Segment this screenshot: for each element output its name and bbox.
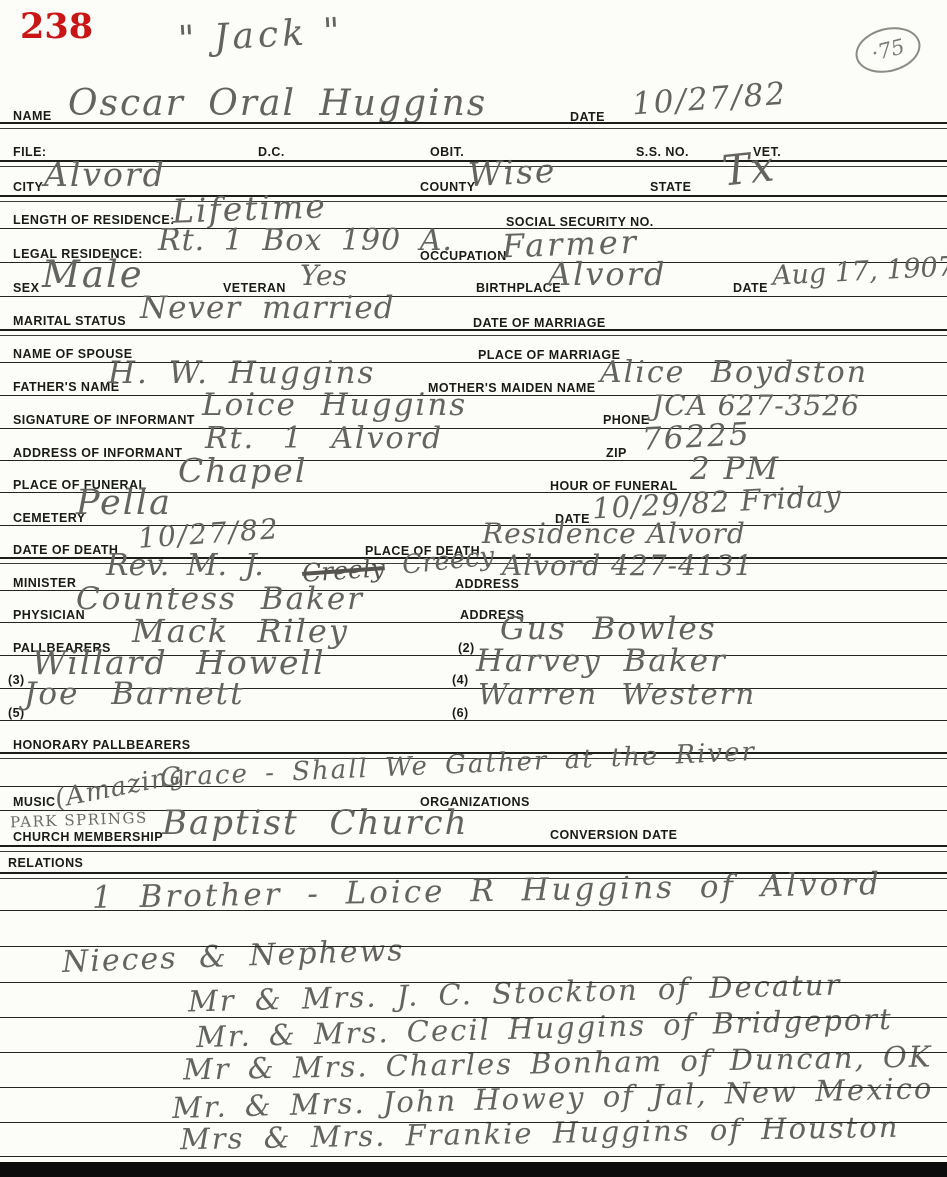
marital-status-value: Never married: [140, 293, 395, 324]
pallbearer5-value: Joe Barnett: [24, 679, 245, 710]
rule: [0, 910, 947, 911]
name-label: NAME: [13, 109, 52, 123]
pallbearer3-label: (3): [8, 673, 25, 687]
county-label: COUNTY: [420, 180, 475, 194]
rule: [0, 195, 947, 202]
minister-value-correction: Creecy: [401, 543, 496, 579]
relations-label: RELATIONS: [8, 856, 83, 870]
minister-label: MINISTER: [13, 576, 76, 590]
rule: [0, 428, 947, 429]
county-value: Wise: [467, 154, 557, 192]
rule: [0, 122, 947, 129]
date-of-death-label: DATE OF DEATH: [13, 543, 118, 557]
file-label: FILE:: [13, 145, 47, 159]
dc-label: D.C.: [258, 145, 285, 159]
rule: [0, 1017, 947, 1018]
music-value-line1: Grace - Shall We Gather at the River: [160, 739, 757, 791]
hour-of-funeral-value: 2 PM: [690, 454, 780, 485]
obit-label: OBIT.: [430, 145, 464, 159]
funeral-record-page: 238 " Jack " ·75 NAME Oscar Oral Huggins…: [0, 0, 947, 1177]
date-of-marriage-label: DATE OF MARRIAGE: [473, 316, 606, 330]
rule: [0, 228, 947, 229]
signature-of-informant-label: SIGNATURE OF INFORMANT: [13, 413, 195, 427]
page-number: 238: [20, 6, 93, 47]
church-membership-value: Baptist Church: [162, 806, 468, 840]
church-membership-annotation: PARK SPRINGS: [10, 811, 148, 831]
zip-label: ZIP: [606, 446, 627, 460]
name-value: Oscar Oral Huggins: [68, 86, 487, 122]
fathers-name-value: H. W. Huggins: [108, 358, 375, 389]
rule: [0, 982, 947, 983]
rule: [0, 329, 947, 336]
rule: [0, 1087, 947, 1088]
state-label: STATE: [650, 180, 691, 194]
pallbearer4-value: Harvey Baker: [476, 646, 727, 677]
conversion-date-label: CONVERSION DATE: [550, 828, 677, 842]
rule: [0, 1156, 947, 1157]
address-of-informant-label: ADDRESS OF INFORMANT: [13, 446, 182, 460]
pallbearer6-value: Warren Western: [478, 680, 756, 709]
legal-residence-value: Rt. 1 Box 190 A.: [158, 226, 453, 256]
circled-number: ·75: [851, 21, 926, 80]
fathers-name-label: FATHER'S NAME: [13, 380, 120, 394]
address-of-informant-value: Rt. 1 Alvord: [205, 424, 443, 454]
circled-number-text: ·75: [869, 34, 907, 65]
rule: [0, 946, 947, 947]
place-of-funeral-value: Chapel: [178, 454, 307, 487]
occupation-label: OCCUPATION: [420, 249, 507, 263]
rule: [0, 845, 947, 852]
pallbearer3-value: Willard Howell: [32, 646, 326, 679]
mothers-maiden-name-value: Alice Boydston: [600, 358, 868, 388]
place-of-death-value: Residence Alvord: [482, 520, 746, 548]
birthplace-value: Alvord: [548, 258, 666, 290]
rule: [0, 1052, 947, 1053]
cemetery-value: Pella: [76, 486, 172, 521]
physician-value: Countess Baker: [76, 584, 364, 615]
birth-date-label: DATE: [733, 281, 768, 295]
ssno-label: S.S. NO.: [636, 145, 689, 159]
rule: [0, 1122, 947, 1123]
marital-status-label: MARITAL STATUS: [13, 314, 126, 328]
minister-address-value: Alvord 427-4131: [502, 552, 753, 580]
pallbearer2-label: (2): [458, 641, 475, 655]
length-of-residence-value: Lifetime: [171, 189, 327, 227]
signature-of-informant-value: Loice Huggins: [202, 390, 467, 421]
state-value: Tx: [720, 145, 776, 192]
rule: [0, 460, 947, 461]
church-membership-label: CHURCH MEMBERSHIP: [13, 830, 163, 844]
minister-value: Rev. M. J.: [106, 551, 264, 581]
veteran-value: Yes: [300, 262, 347, 290]
city-label: CITY: [13, 180, 43, 194]
cemetery-label: CEMETERY: [13, 511, 86, 525]
honorary-pallbearers-label: HONORARY PALLBEARERS: [13, 738, 191, 752]
music-label: MUSIC: [13, 795, 56, 809]
birth-date-value: Aug 17, 1907: [771, 253, 947, 290]
sex-value: Male: [42, 256, 144, 293]
nickname-annotation: " Jack ": [177, 14, 345, 59]
pallbearer2-value: Gus Bowles: [500, 614, 717, 645]
phone-value: JCA 627-3526: [652, 392, 860, 420]
pallbearer6-label: (6): [452, 706, 469, 720]
pallbearer5-label: (5): [8, 706, 25, 720]
rule: [0, 720, 947, 721]
relations-line: Nieces & Nephews: [62, 936, 406, 978]
scan-edge-bar: [0, 1162, 947, 1177]
city-value: Alvord: [44, 158, 166, 191]
pallbearer4-label: (4): [452, 673, 469, 687]
length-of-residence-label: LENGTH OF RESIDENCE:: [13, 213, 175, 227]
physician-label: PHYSICIAN: [13, 608, 85, 622]
header-date-value: 10/27/82: [631, 79, 788, 121]
sex-label: SEX: [13, 281, 39, 295]
